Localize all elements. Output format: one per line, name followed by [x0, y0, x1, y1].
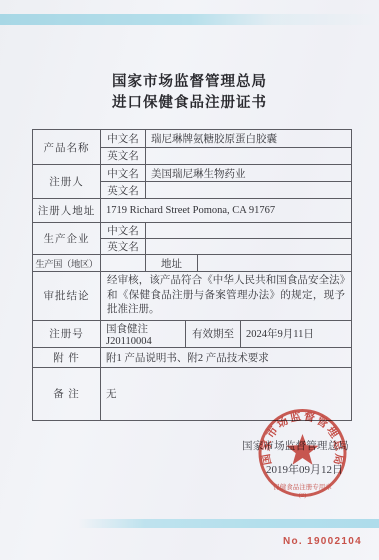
- stamp-inner-number: (2): [299, 492, 307, 499]
- product-name-cn-value: 瑞尼琳牌氨糖胶原蛋白胶囊: [146, 130, 351, 147]
- remarks-label: 备 注: [33, 368, 101, 421]
- production-address-value: [198, 255, 351, 271]
- cn-name-label: 中文名: [101, 130, 146, 147]
- cn-name-label: 中文名: [101, 223, 146, 238]
- registrant-label: 注册人: [33, 165, 101, 198]
- registrant-subrows: 中文名 美国瑞尼琳生物药业 英文名: [101, 165, 351, 198]
- product-name-en-value: [146, 148, 351, 165]
- product-name-label: 产品名称: [33, 130, 101, 164]
- row-product-name: 产品名称 中文名 瑞尼琳牌氨糖胶原蛋白胶囊 英文名: [33, 130, 351, 165]
- attachments-label: 附 件: [33, 348, 101, 367]
- product-name-subrows: 中文名 瑞尼琳牌氨糖胶原蛋白胶囊 英文名: [101, 130, 351, 164]
- valid-until-label: 有效期至: [186, 321, 241, 347]
- cn-name-label: 中文名: [101, 165, 146, 181]
- title-line-authority: 国家市场监督管理总局: [0, 72, 379, 93]
- en-name-label: 英文名: [101, 148, 146, 165]
- production-address-label: 地址: [146, 255, 198, 271]
- production-country-value: [101, 255, 146, 271]
- manufacturer-subrows: 中文名 英文名: [101, 223, 351, 254]
- registrant-address-label: 注册人地址: [33, 199, 101, 222]
- approval-conclusion-value: 经审核，该产品符合《中华人民共和国食品安全法》和《保健食品注册与备案管理办法》的…: [101, 272, 351, 320]
- en-name-label: 英文名: [101, 182, 146, 198]
- row-registrant: 注册人 中文名 美国瑞尼琳生物药业 英文名: [33, 165, 351, 199]
- serial-number: No. 19002104: [283, 536, 362, 547]
- row-registrant-address: 注册人地址 1719 Richard Street Pomona, CA 917…: [33, 199, 351, 223]
- row-registration-number: 注册号 国食健注J20110004 有效期至 2024年9月11日: [33, 321, 351, 348]
- registration-number-value: 国食健注J20110004: [101, 321, 186, 347]
- en-name-label: 英文名: [101, 239, 146, 254]
- certificate-page: 国家市场监督管理总局 进口保健食品注册证书 产品名称 中文名 瑞尼琳牌氨糖胶原蛋…: [0, 0, 379, 560]
- manufacturer-label: 生产企业: [33, 223, 101, 254]
- product-name-en-row: 英文名: [101, 148, 351, 165]
- registrant-address-value: 1719 Richard Street Pomona, CA 91767: [101, 199, 351, 222]
- certificate-title: 国家市场监督管理总局 进口保健食品注册证书: [0, 72, 379, 114]
- approval-conclusion-label: 审批结论: [33, 272, 101, 320]
- registrant-cn-value: 美国瑞尼琳生物药业: [146, 165, 351, 181]
- stamp-star-icon: [286, 434, 318, 465]
- valid-until-value: 2024年9月11日: [241, 321, 351, 347]
- registrant-cn-row: 中文名 美国瑞尼琳生物药业: [101, 165, 351, 182]
- official-seal-stamp-icon: 国家市场监督管理总局 保健食品注册专用章 (2): [251, 402, 356, 507]
- registrant-en-value: [146, 182, 351, 198]
- manufacturer-cn-row: 中文名: [101, 223, 351, 239]
- manufacturer-en-row: 英文名: [101, 239, 351, 254]
- row-attachments: 附 件 附1 产品说明书、附2 产品技术要求: [33, 348, 351, 368]
- row-manufacturer: 生产企业 中文名 英文名: [33, 223, 351, 255]
- registrant-en-row: 英文名: [101, 182, 351, 198]
- certificate-table: 产品名称 中文名 瑞尼琳牌氨糖胶原蛋白胶囊 英文名 注册人 中文名 美国瑞尼琳生…: [32, 129, 352, 421]
- manufacturer-cn-value: [146, 223, 351, 238]
- title-line-certificate: 进口保健食品注册证书: [0, 93, 379, 114]
- top-decor-bar: [0, 14, 379, 25]
- row-approval-conclusion: 审批结论 经审核，该产品符合《中华人民共和国食品安全法》和《保健食品注册与备案管…: [33, 272, 351, 321]
- bottom-decor-bar: [78, 519, 379, 528]
- stamp-inner-text: 保健食品注册专用章: [273, 482, 332, 491]
- production-country-label: 生产国（地区）: [33, 255, 101, 271]
- attachments-value: 附1 产品说明书、附2 产品技术要求: [101, 348, 351, 367]
- product-name-cn-row: 中文名 瑞尼琳牌氨糖胶原蛋白胶囊: [101, 130, 351, 148]
- row-production-country: 生产国（地区） 地址: [33, 255, 351, 272]
- manufacturer-en-value: [146, 239, 351, 254]
- registration-number-label: 注册号: [33, 321, 101, 347]
